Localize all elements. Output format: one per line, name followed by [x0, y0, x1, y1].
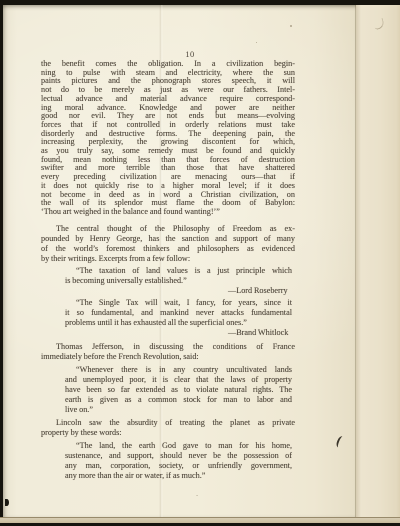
- next-page-edge: [356, 5, 400, 517]
- text-line: it so fundamental, and mankind never att…: [65, 308, 292, 318]
- text-line: any more than the air or water, if as mu…: [65, 471, 292, 481]
- text-line: The central thought of the Philosophy of…: [41, 224, 295, 234]
- paragraph-block: Thomas Jefferson, in discussing the cond…: [41, 342, 295, 362]
- quote-attribution: —Lord Roseberry: [228, 286, 292, 296]
- text-line: ‘Thou art weighed in the balance and fou…: [41, 208, 295, 217]
- text-line: Lincoln saw the absurdity of treating th…: [41, 418, 295, 428]
- paragraph-block: the benefit comes the obligation. In a c…: [41, 60, 295, 217]
- text-line: property by these words:: [41, 428, 295, 438]
- book-scan: 10 the benefit comes the obligation. In …: [0, 0, 400, 526]
- text-line: is becoming universally established.”: [65, 276, 292, 286]
- text-line: pounded by Henry George, has the sanctio…: [41, 234, 295, 244]
- page-number: 10: [178, 50, 202, 59]
- quote-block: “The Single Tax will wait, I fancy, for …: [41, 298, 295, 338]
- dust-speck: [5, 499, 9, 506]
- text-line: of the world’s foremost thinkers and phi…: [41, 244, 295, 254]
- page-edge-line: [355, 5, 356, 517]
- footer-press-mark: ·: [193, 492, 201, 500]
- text-line: any man, corporation, society, or unfrie…: [65, 461, 292, 471]
- text-line: “Whenever there is in any country uncult…: [65, 365, 292, 375]
- text-line: “The Single Tax will wait, I fancy, for …: [65, 298, 292, 308]
- quote-block: “The land, the earth God gave to man for…: [41, 441, 295, 481]
- quote-attribution: —Brand Whitlock: [228, 328, 292, 338]
- text-line: Thomas Jefferson, in discussing the cond…: [41, 342, 295, 352]
- dust-speck: [290, 25, 292, 27]
- text-line: problems until it has exhausted all the …: [65, 318, 292, 328]
- text-line: “The land, the earth God gave to man for…: [65, 441, 292, 451]
- text-line: and unemployed poor, it is clear that th…: [65, 375, 292, 385]
- text-line: “The taxation of land values is a just p…: [65, 266, 292, 276]
- text-line: earth is given as a common stock for man…: [65, 395, 292, 405]
- quote-block: “Whenever there is in any country uncult…: [41, 365, 295, 415]
- paragraph-block: Lincoln saw the absurdity of treating th…: [41, 418, 295, 438]
- text-line: sustenance, and support, should never be…: [65, 451, 292, 461]
- text-line: live on.”: [65, 405, 292, 415]
- text-line: immediately before the French Revolution…: [41, 352, 295, 362]
- text-line: by their writings. Excerpts from a few f…: [41, 254, 295, 264]
- dust-speck: [256, 42, 257, 43]
- text-line: have been so far extended as to violate …: [65, 385, 292, 395]
- paragraph-block: The central thought of the Philosophy of…: [41, 224, 295, 264]
- text-column: the benefit comes the obligation. In a c…: [41, 60, 295, 481]
- quote-block: “The taxation of land values is a just p…: [41, 266, 295, 296]
